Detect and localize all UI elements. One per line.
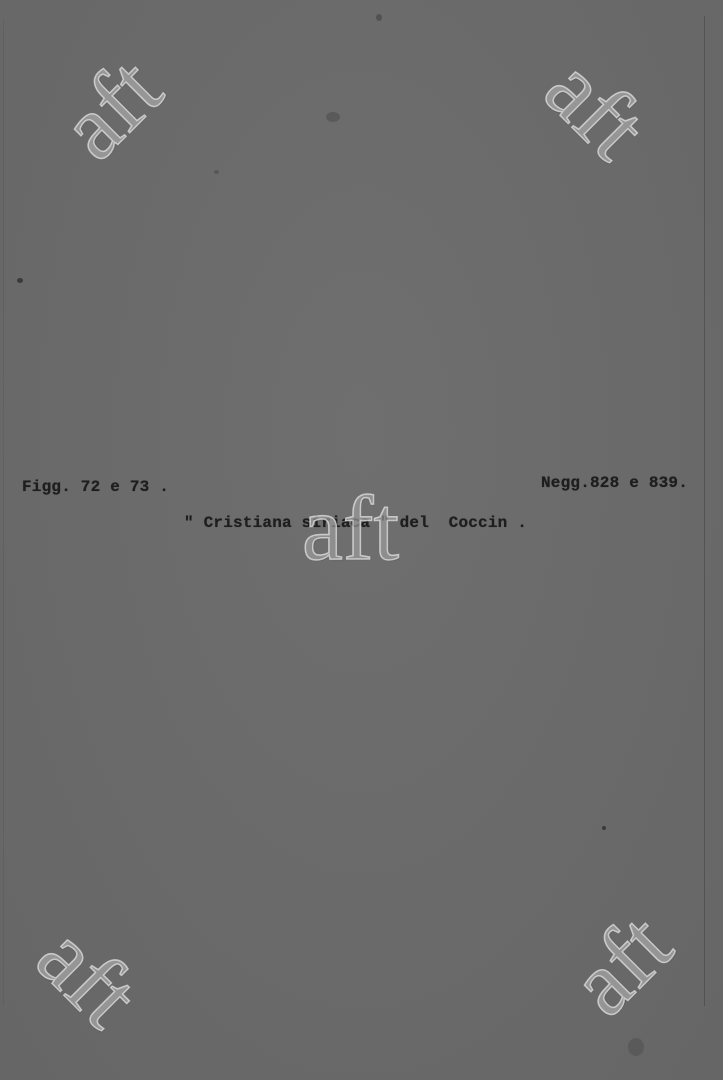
watermark-top-left: aft <box>44 41 178 175</box>
watermark-bottom-left: aft <box>22 909 156 1043</box>
card-right-edge <box>704 16 705 1006</box>
dust-speck <box>17 278 23 283</box>
card-left-edge <box>3 20 4 1005</box>
caption-text: " Cristiana siriaca " del Coccin . <box>184 514 527 532</box>
watermark-top-right: aft <box>530 41 664 175</box>
dust-speck <box>326 112 340 122</box>
dust-speck <box>602 826 606 830</box>
dust-speck <box>214 170 219 174</box>
watermark-bottom-right: aft <box>554 897 688 1031</box>
negative-label: Negg.828 e 839. <box>541 474 688 492</box>
figure-label: Figg. 72 e 73 . <box>22 478 169 496</box>
dust-speck <box>376 14 382 21</box>
scanned-document-card: aft aft aft aft Figg. 72 e 73 . Negg.828… <box>0 0 723 1080</box>
dust-speck <box>628 1038 644 1056</box>
